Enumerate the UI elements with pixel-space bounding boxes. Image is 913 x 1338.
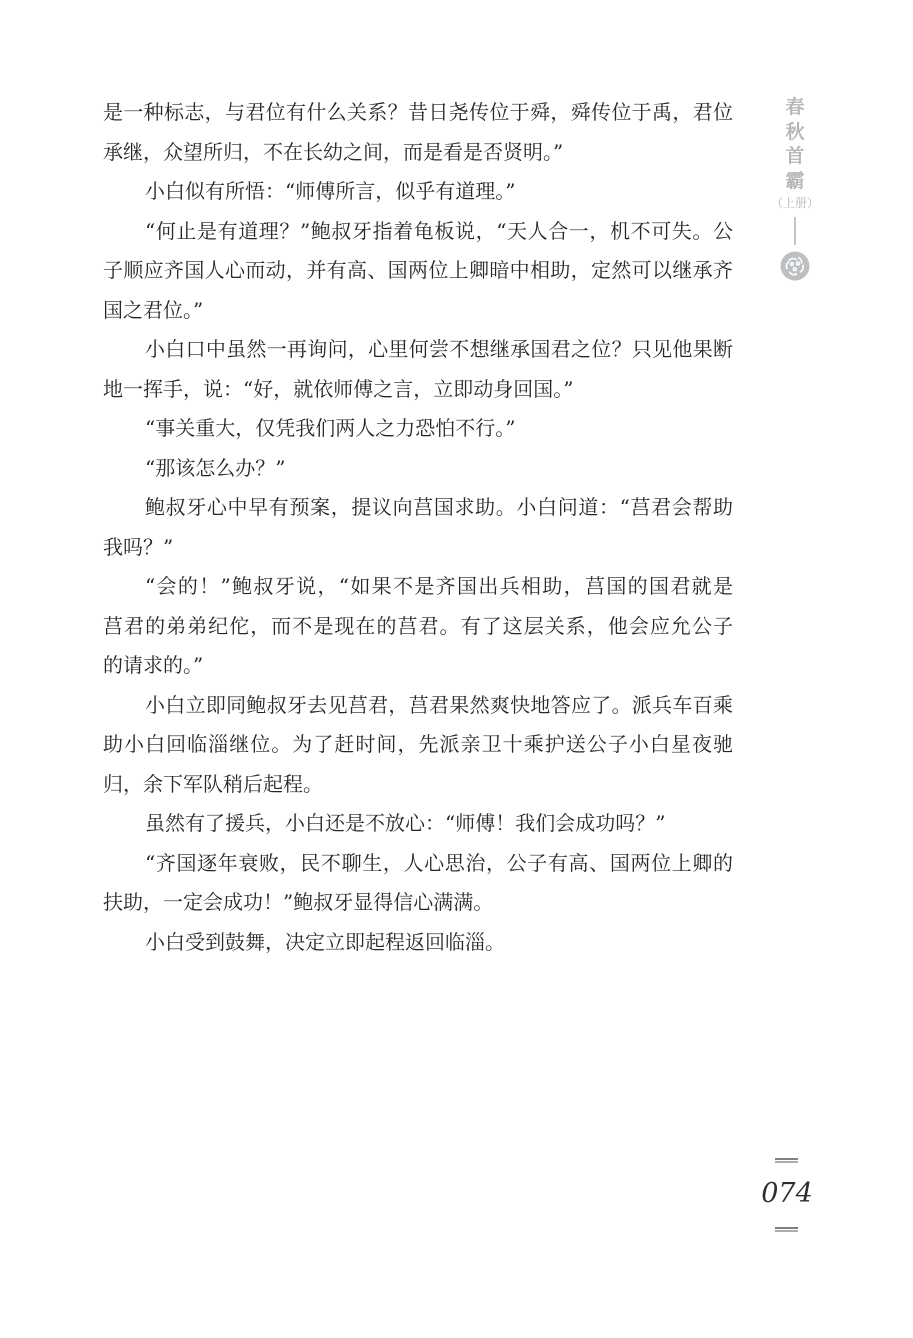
publisher-seal-icon bbox=[780, 251, 810, 281]
running-title-sidebar: 春 秋 首 霸 （上册） bbox=[773, 95, 817, 281]
text-line: 是一种标志，与君位有什么关系？昔日尧传位于舜，舜传位于禹，君位 bbox=[103, 93, 733, 133]
text-line: 虽然有了援兵，小白还是不放心：“师傅！我们会成功吗？” bbox=[103, 804, 733, 844]
text-line: “何止是有道理？”鲍叔牙指着龟板说，“天人合一，机不可失。公 bbox=[103, 212, 733, 252]
text-line: 扶助，一定会成功！”鲍叔牙显得信心满满。 bbox=[103, 883, 733, 923]
text-line: “齐国逐年衰败，民不聊生，人心思治，公子有高、国两位上卿的 bbox=[103, 844, 733, 884]
text-line: 小白似有所悟：“师傅所言，似乎有道理。” bbox=[103, 172, 733, 212]
text-line: 莒君的弟弟纪佗，而不是现在的莒君。有了这层关系，他会应允公子 bbox=[103, 607, 733, 647]
text-line: 承继，众望所归，不在长幼之间，而是看是否贤明。” bbox=[103, 133, 733, 173]
text-line: 归，余下军队稍后起程。 bbox=[103, 765, 733, 805]
folio-rule-bottom bbox=[775, 1227, 798, 1232]
running-title-char: 春 bbox=[785, 95, 804, 120]
page-number: 074 bbox=[757, 1178, 817, 1210]
text-line: 国之君位。” bbox=[103, 291, 733, 331]
text-line: 我吗？” bbox=[103, 528, 733, 568]
folio-rule-top bbox=[775, 1158, 798, 1163]
text-line: 的请求的。” bbox=[103, 646, 733, 686]
text-line: “会的！”鲍叔牙说，“如果不是齐国出兵相助，莒国的国君就是 bbox=[103, 567, 733, 607]
text-line: “那该怎么办？” bbox=[103, 449, 733, 489]
text-line: 子顺应齐国人心而动，并有高、国两位上卿暗中相助，定然可以继承齐 bbox=[103, 251, 733, 291]
text-line: 小白受到鼓舞，决定立即起程返回临淄。 bbox=[103, 923, 733, 963]
text-line: 助小白回临淄继位。为了赶时间，先派亲卫十乘护送公子小白星夜驰 bbox=[103, 725, 733, 765]
text-line: 小白口中虽然一再询问，心里何尝不想继承国君之位？只见他果断 bbox=[103, 330, 733, 370]
volume-label: （上册） bbox=[771, 195, 819, 211]
running-title-char: 秋 bbox=[785, 120, 804, 145]
body-text: 是一种标志，与君位有什么关系？昔日尧传位于舜，舜传位于禹，君位承继，众望所归，不… bbox=[103, 93, 733, 962]
running-title-char: 首 bbox=[785, 144, 804, 169]
book-page: 是一种标志，与君位有什么关系？昔日尧传位于舜，舜传位于禹，君位承继，众望所归，不… bbox=[0, 0, 913, 1338]
text-line: 小白立即同鲍叔牙去见莒君，莒君果然爽快地答应了。派兵车百乘 bbox=[103, 686, 733, 726]
text-line: 鲍叔牙心中早有预案，提议向莒国求助。小白问道：“莒君会帮助 bbox=[103, 488, 733, 528]
running-title-char: 霸 bbox=[785, 169, 804, 194]
vertical-divider bbox=[794, 217, 796, 245]
text-line: “事关重大，仅凭我们两人之力恐怕不行。” bbox=[103, 409, 733, 449]
text-line: 地一挥手，说：“好，就依师傅之言，立即动身回国。” bbox=[103, 370, 733, 410]
